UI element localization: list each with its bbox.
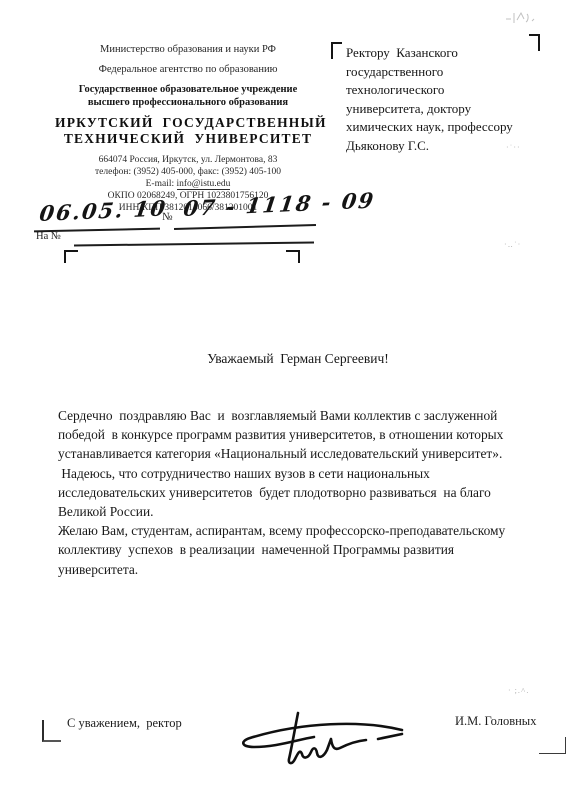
email-label: E-mail: bbox=[146, 179, 177, 189]
body-line: победой в конкурсе программ развития уни… bbox=[58, 425, 558, 444]
recipient-line: Дьяконову Г.С. bbox=[346, 137, 558, 156]
closing-phrase: С уважением, ректор bbox=[67, 716, 182, 731]
recipient-line: технологического bbox=[346, 81, 558, 100]
bottom-right-corner-icon bbox=[539, 737, 566, 754]
university-name-line-2: ТЕХНИЧЕСКИЙ УНИВЕРСИТЕТ bbox=[55, 131, 321, 147]
email-line: E-mail: info@istu.edu bbox=[55, 178, 321, 190]
pencil-mark-icon bbox=[504, 8, 548, 28]
agency-line: Федеральное агентство по образованию bbox=[55, 64, 321, 75]
letter-body: Сердечно поздравляю Вас и возглавляемый … bbox=[58, 406, 558, 579]
ministry-line: Министерство образования и науки РФ bbox=[55, 44, 321, 55]
body-line: Желаю Вам, студентам, аспирантам, всему … bbox=[58, 521, 558, 540]
scanned-letter-page: Министерство образования и науки РФ Феде… bbox=[0, 0, 582, 800]
recipient-line: государственного bbox=[346, 63, 558, 82]
email-value: info@istu.edu bbox=[177, 179, 231, 190]
body-line: устанавливается категория «Национальный … bbox=[58, 444, 558, 463]
body-line: коллективу успехов в реализации намеченн… bbox=[58, 540, 558, 559]
university-name-line-1: ИРКУТСКИЙ ГОСУДАРСТВЕННЫЙ bbox=[55, 115, 321, 131]
recipient-block: Ректору Казанского государственного техн… bbox=[346, 44, 558, 156]
scan-speck-icon: ·˙·· bbox=[506, 143, 521, 152]
letterhead: Министерство образования и науки РФ Феде… bbox=[55, 44, 321, 214]
scan-speck-icon: ·‥˙· bbox=[504, 240, 521, 249]
org-type-line-2: высшего профессионального образования bbox=[55, 97, 321, 110]
org-type-line-1: Государственное образовательное учрежден… bbox=[55, 84, 321, 97]
recipient-line: университета, доктору bbox=[346, 100, 558, 119]
rector-name: И.М. Головных bbox=[455, 714, 536, 729]
window-corner-left-icon bbox=[64, 250, 78, 263]
university-name: ИРКУТСКИЙ ГОСУДАРСТВЕННЫЙ ТЕХНИЧЕСКИЙ УН… bbox=[55, 115, 321, 147]
reply-to-underline bbox=[74, 242, 314, 247]
body-line: исследовательских университетов будет пл… bbox=[58, 483, 558, 502]
bottom-left-corner-icon bbox=[42, 720, 61, 742]
postal-address: 664074 Россия, Иркутск, ул. Лермонтова, … bbox=[55, 154, 321, 166]
rector-signature bbox=[230, 710, 415, 772]
body-line: университета. bbox=[58, 560, 558, 579]
body-line: Сердечно поздравляю Вас и возглавляемый … bbox=[58, 406, 558, 425]
body-line: Великой России. bbox=[58, 502, 558, 521]
number-underline bbox=[174, 224, 316, 230]
recipient-line: Ректору Казанского bbox=[346, 44, 558, 63]
handwritten-date: 06.05. 10 bbox=[38, 195, 169, 226]
phone-fax: телефон: (3952) 405-000, факс: (3952) 40… bbox=[55, 166, 321, 178]
scan-speck-icon: · ;.˄. bbox=[508, 686, 529, 695]
recipient-line: химических наук, профессору bbox=[346, 118, 558, 137]
body-line: Надеюсь, что сотрудничество наших вузов … bbox=[58, 464, 558, 483]
salutation: Уважаемый Герман Сергеевич! bbox=[58, 351, 538, 367]
window-corner-right-icon bbox=[286, 250, 300, 263]
recipient-corner-left-icon bbox=[331, 42, 342, 59]
number-sign: № bbox=[162, 211, 173, 223]
org-type-lines: Государственное образовательное учрежден… bbox=[55, 84, 321, 109]
reply-to-label: На № bbox=[36, 231, 61, 242]
